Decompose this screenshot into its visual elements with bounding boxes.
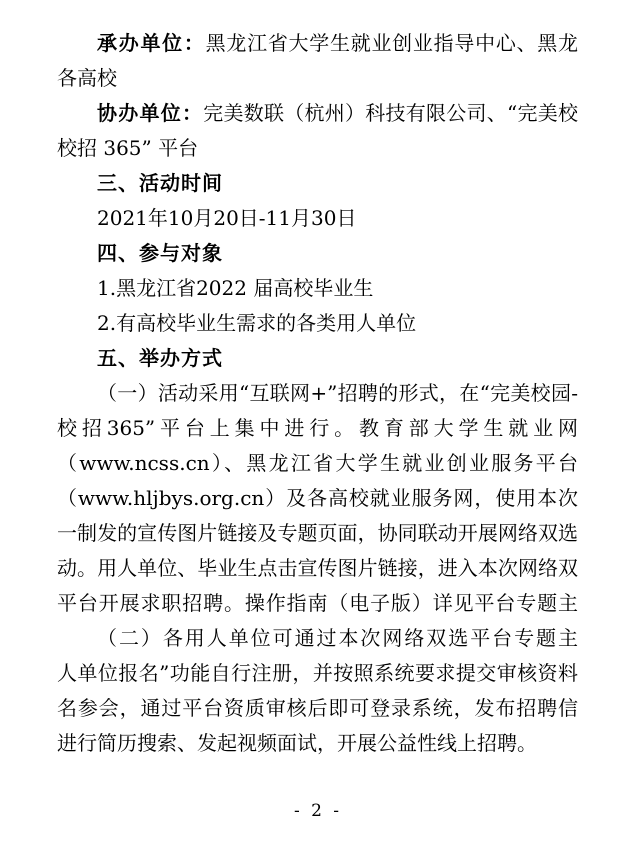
doc-text-line: 平台开展求职招聘。操作指南（电子版）详见平台专题主页。 bbox=[57, 586, 578, 621]
field-label: 承办单位： bbox=[97, 31, 206, 55]
line-text: 各高校 bbox=[57, 66, 117, 90]
doc-text-line: 名参会，通过平台资质审核后即可登录系统，发布招聘信息、 bbox=[57, 691, 578, 726]
line-text: 1.黑龙江省2022 届高校毕业生 bbox=[97, 276, 373, 300]
doc-text-line: 协办单位：完美数联（杭州）科技有限公司、“完美校园- bbox=[57, 96, 578, 131]
line-text: （www.ncss.cn）、黑龙江省大学生就业创业服务平台 bbox=[57, 451, 578, 475]
doc-text-line: 1.黑龙江省2022 届高校毕业生 bbox=[57, 271, 578, 306]
doc-text-line: 校招 365” 平台 bbox=[57, 131, 578, 166]
doc-text-line: 2021年10月20日-11月30日 bbox=[57, 201, 578, 236]
section-heading: 四、参与对象 bbox=[57, 236, 578, 271]
doc-text-line: 校招365”平台上集中进行。教育部大学生就业网 bbox=[57, 411, 578, 446]
line-text: （二）各用人单位可通过本次网络双选平台专题主页“用 bbox=[57, 626, 578, 656]
doc-text-line: 进行简历搜索、发起视频面试，开展公益性线上招聘。 bbox=[57, 726, 578, 761]
doc-text-line: 动。用人单位、毕业生点击宣传图片链接，进入本次网络双选 bbox=[57, 551, 578, 586]
doc-text-line: （www.hljbys.org.cn）及各高校就业服务网，使用本次活动统 bbox=[57, 481, 578, 516]
line-text: 2.有高校毕业生需求的各类用人单位 bbox=[97, 311, 416, 335]
line-text: 五、举办方式 bbox=[97, 346, 223, 370]
page-number: - 2 - bbox=[0, 800, 636, 822]
field-label: 协办单位： bbox=[97, 101, 203, 125]
doc-text-line: 人单位报名”功能自行注册，并按照系统要求提交审核资料报 bbox=[57, 656, 578, 691]
line-text: （www.hljbys.org.cn）及各高校就业服务网，使用本次活动统 bbox=[57, 486, 578, 516]
line-text: （一）活动采用“互联网+”招聘的形式，在“完美校园- bbox=[97, 381, 578, 405]
line-text: 校招 365” 平台 bbox=[57, 136, 198, 160]
doc-text-line: 一制发的宣传图片链接及专题页面，协同联动开展网络双选活 bbox=[57, 516, 578, 551]
line-text: 平台开展求职招聘。操作指南（电子版）详见平台专题主页。 bbox=[57, 591, 578, 621]
doc-text-line: 承办单位：黑龙江省大学生就业创业指导中心、黑龙江省 bbox=[57, 26, 578, 61]
line-text: 一制发的宣传图片链接及专题页面，协同联动开展网络双选活 bbox=[57, 521, 578, 551]
line-text: 动。用人单位、毕业生点击宣传图片链接，进入本次网络双选 bbox=[57, 556, 578, 586]
line-text: 进行简历搜索、发起视频面试，开展公益性线上招聘。 bbox=[57, 731, 537, 755]
section-heading: 五、举办方式 bbox=[57, 341, 578, 376]
doc-text-line: 各高校 bbox=[57, 61, 578, 96]
document-page: 承办单位：黑龙江省大学生就业创业指导中心、黑龙江省各高校协办单位：完美数联（杭州… bbox=[0, 0, 636, 860]
line-text: 2021年10月20日-11月30日 bbox=[97, 206, 356, 230]
line-text: 校招365”平台上集中进行。教育部大学生就业网 bbox=[57, 416, 578, 440]
line-text: 四、参与对象 bbox=[97, 241, 223, 265]
doc-text-line: （二）各用人单位可通过本次网络双选平台专题主页“用 bbox=[57, 621, 578, 656]
document-body: 承办单位：黑龙江省大学生就业创业指导中心、黑龙江省各高校协办单位：完美数联（杭州… bbox=[57, 26, 578, 761]
line-text: 名参会，通过平台资质审核后即可登录系统，发布招聘信息、 bbox=[57, 696, 578, 726]
doc-text-line: （一）活动采用“互联网+”招聘的形式，在“完美校园- bbox=[57, 376, 578, 411]
line-text: 人单位报名”功能自行注册，并按照系统要求提交审核资料报 bbox=[57, 661, 578, 691]
doc-text-line: （www.ncss.cn）、黑龙江省大学生就业创业服务平台 bbox=[57, 446, 578, 481]
doc-text-line: 2.有高校毕业生需求的各类用人单位 bbox=[57, 306, 578, 341]
line-text: 三、活动时间 bbox=[97, 171, 223, 195]
section-heading: 三、活动时间 bbox=[57, 166, 578, 201]
